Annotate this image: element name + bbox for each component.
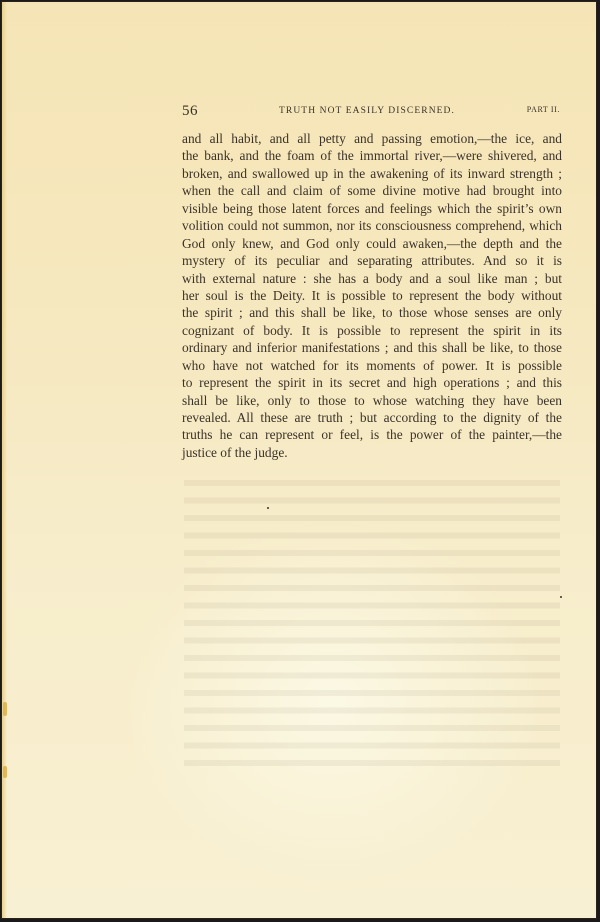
- text-line: when the call and claim of some divine m…: [182, 182, 562, 199]
- text-line: ordinary and inferior manifestations ; a…: [182, 339, 562, 356]
- text-line: to represent the spirit in its secret an…: [182, 374, 562, 391]
- text-line: her soul is the Deity. It is possible to…: [182, 287, 562, 304]
- part-label: PART II.: [527, 105, 560, 114]
- page-gutter-shadow: [2, 2, 7, 918]
- text-line: the bank, and the foam of the immortal r…: [182, 147, 562, 164]
- running-title: TRUTH NOT EASILY DISCERNED.: [279, 106, 455, 116]
- text-line: God only knew, and God only could awaken…: [182, 235, 562, 252]
- text-line: cognizant of body. It is possible to rep…: [182, 322, 562, 339]
- ink-speck: [560, 596, 562, 598]
- text-line: the spirit ; and this shall be like, to …: [182, 304, 562, 321]
- text-line: truths he can represent or feel, is the …: [182, 426, 562, 443]
- scanned-book-page: 56 TRUTH NOT EASILY DISCERNED. PART II. …: [1, 1, 597, 919]
- text-line: who have not watched for its moments of …: [182, 357, 562, 374]
- text-line: broken, and swallowed up in the awakenin…: [182, 165, 562, 182]
- text-line: and all habit, and all petty and passing…: [182, 130, 562, 147]
- body-paragraph: and all habit, and all petty and passing…: [182, 130, 562, 461]
- text-line: visible being those latent forces and fe…: [182, 200, 562, 217]
- text-line: justice of the judge.: [182, 444, 562, 461]
- ink-speck: [267, 507, 269, 509]
- text-line: shall be like, only to those to whose wa…: [182, 392, 562, 409]
- foxing-stain: [3, 702, 7, 716]
- text-line: with external nature : she has a body an…: [182, 270, 562, 287]
- foxing-stain: [3, 766, 7, 778]
- text-line: revealed. All these are truth ; but acco…: [182, 409, 562, 426]
- page-number: 56: [182, 103, 198, 120]
- text-line: volition could not summon, nor its consc…: [182, 217, 562, 234]
- running-header: 56 TRUTH NOT EASILY DISCERNED. PART II.: [182, 103, 562, 119]
- text-line: mystery of its peculiar and separating a…: [182, 252, 562, 269]
- show-through-text: [184, 480, 560, 770]
